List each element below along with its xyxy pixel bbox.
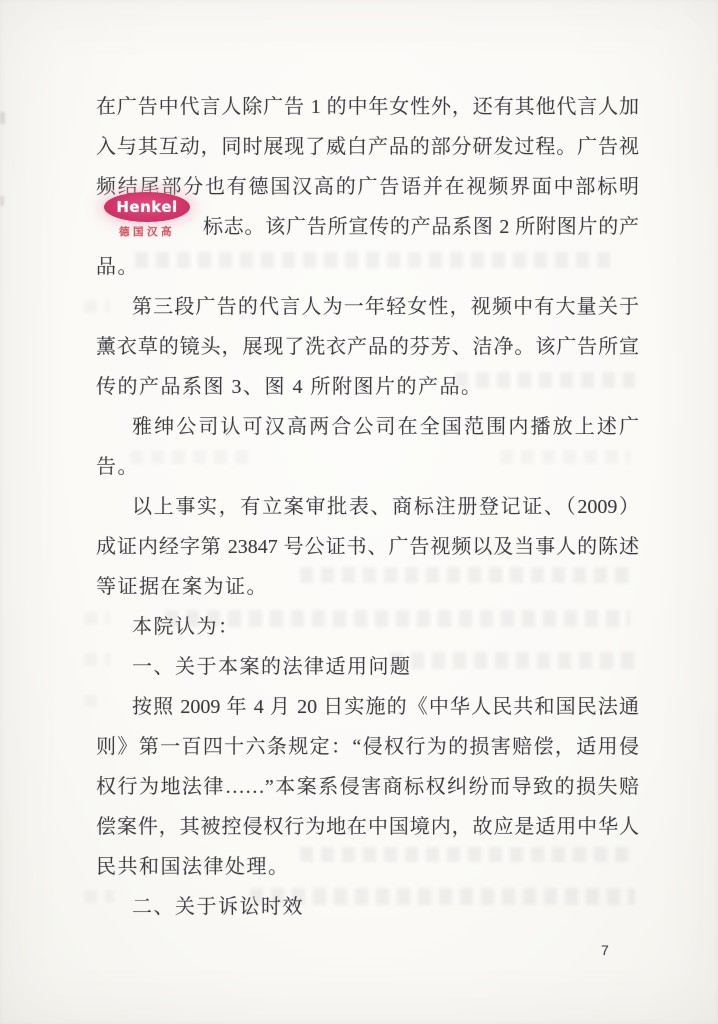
text-line: 偿案件，其被控侵权行为地在中国境内，故应是适用中华人	[96, 807, 639, 847]
bleedthrough-smudge	[455, 372, 635, 388]
bleedthrough-smudge	[300, 847, 635, 862]
bleedthrough-smudge	[84, 695, 106, 707]
text-line: 权行为地法律……”本案系侵害商标权纠纷而导致的损失赔	[96, 767, 639, 807]
text-line: 按照 2009 年 4 月 20 日实施的《中华人民共和国民法通	[96, 687, 639, 727]
bleedthrough-smudge	[135, 252, 615, 268]
bleedthrough-smudge	[84, 653, 110, 666]
bleedthrough-smudge	[500, 450, 630, 464]
henkel-logo: Henkel 德国汉高	[100, 192, 194, 239]
text-line: 成证内经字第 23847 号公证书、广告视频以及当事人的陈述	[96, 527, 639, 567]
text-line: 则》第一百四十六条规定：“侵权行为的损害赔偿，适用侵	[96, 727, 639, 767]
bleedthrough-smudge	[250, 888, 635, 905]
scanned-paper-background: 在广告中代言人除广告 1 的中年女性外，还有其他代言人加 入与其互动，同时展现了…	[0, 0, 718, 1024]
scan-edge-artifact	[0, 196, 4, 206]
bleedthrough-smudge	[84, 890, 114, 903]
henkel-logo-caption: 德国汉高	[100, 224, 194, 239]
henkel-brand-text: Henkel	[116, 200, 177, 215]
bleedthrough-smudge	[130, 450, 250, 464]
text-line: 在广告中代言人除广告 1 的中年女性外，还有其他代言人加	[96, 87, 639, 127]
text-line: 薰衣草的镜头，展现了洗衣产品的芬芳、洁净。该广告所宣	[96, 327, 639, 367]
bleedthrough-smudge	[390, 652, 635, 669]
scan-edge-artifact	[0, 112, 5, 124]
henkel-oval-icon: Henkel	[104, 192, 190, 222]
text-line: 第三段广告的代言人为一年轻女性，视频中有大量关于	[96, 287, 639, 327]
page-number: 7	[601, 942, 609, 958]
text-line: 雅绅公司认可汉高两合公司在全国范围内播放上述广	[96, 407, 639, 447]
bleedthrough-smudge	[84, 300, 110, 313]
bleedthrough-smudge	[300, 567, 630, 583]
text-line: 以上事实，有立案审批表、商标注册登记证、（2009）	[96, 487, 639, 527]
bleedthrough-smudge	[165, 610, 630, 627]
bleedthrough-smudge	[84, 612, 110, 625]
text-line: 入与其互动，同时展现了威白产品的部分研发过程。广告视	[96, 127, 639, 167]
